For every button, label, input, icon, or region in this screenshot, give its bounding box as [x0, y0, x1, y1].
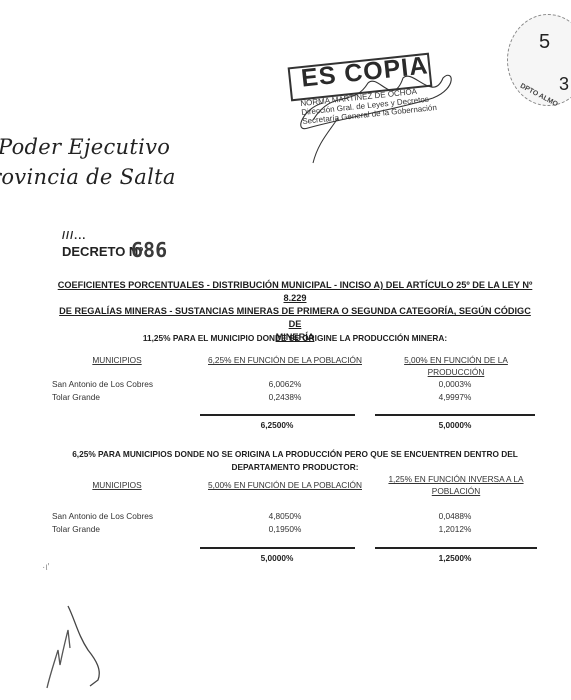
section-1-row-2-municipio: Tolar Grande — [52, 392, 100, 402]
seal-secondary-number: 3 — [559, 74, 569, 95]
section-2-col-poblacion: 5,00% EN FUNCIÓN DE LA POBLACIÓN — [200, 479, 370, 491]
section-1-col-municipios: MUNICIPIOS — [72, 354, 162, 366]
section-1-rule-2 — [375, 414, 535, 416]
section-2-heading-line-1: 6,25% PARA MUNICIPIOS DONDE NO SE ORIGIN… — [55, 448, 535, 461]
section-2-col-inversa-line-1: 1,25% EN FUNCIÓN INVERSA A LA — [376, 473, 536, 485]
section-2-rule-1 — [200, 547, 355, 549]
stamp-signature-icon — [283, 48, 463, 168]
section-1-row-1-col1: 6,0062% — [205, 379, 365, 389]
title-line-1: COEFICIENTES PORCENTUALES - DISTRIBUCIÓN… — [55, 279, 535, 305]
section-2-heading: 6,25% PARA MUNICIPIOS DONDE NO SE ORIGIN… — [55, 448, 535, 474]
section-2-row-1-municipio: San Antonio de Los Cobres — [52, 511, 153, 521]
section-2-rule-2 — [375, 547, 537, 549]
section-2-col-inversa: 1,25% EN FUNCIÓN INVERSA A LA POBLACIÓN — [376, 473, 536, 497]
section-2-row-1-col2: 0,0488% — [375, 511, 535, 521]
section-1-total-col2: 5,0000% — [375, 420, 535, 430]
decree-number: 686 — [131, 238, 167, 262]
section-1-total-col1: 6,2500% — [197, 420, 357, 430]
section-1-heading: 11,25% PARA EL MUNICIPIO DONDE SE ORIGIN… — [55, 332, 535, 345]
section-1-row-1-municipio: San Antonio de Los Cobres — [52, 379, 153, 389]
letterhead-line-2: rovincia de Salta — [0, 162, 176, 192]
section-2-col-inversa-line-2: POBLACIÓN — [376, 485, 536, 497]
section-1-row-2-col2: 4,9997% — [375, 392, 535, 402]
section-1-col-produccion: 5,00% EN FUNCIÓN DE LA PRODUCCIÓN — [376, 354, 536, 378]
letterhead: Poder Ejecutivo rovincia de Salta — [0, 132, 176, 192]
signature-icon — [30, 590, 130, 700]
section-2-col-municipios: MUNICIPIOS — [72, 479, 162, 491]
margin-mark: ·ι' — [42, 562, 49, 573]
page-seal: 5 3 DPTO ALMO — [503, 6, 571, 106]
section-2-total-col1: 5,0000% — [197, 553, 357, 563]
continuation-mark: ///... — [62, 230, 86, 242]
section-2-row-1-col1: 4,8050% — [205, 511, 365, 521]
title-line-2: DE REGALÍAS MINERAS - SUSTANCIAS MINERAS… — [55, 305, 535, 331]
section-1-row-1-col2: 0,0003% — [375, 379, 535, 389]
section-2-row-2-municipio: Tolar Grande — [52, 524, 100, 534]
section-2-row-2-col1: 0,1950% — [205, 524, 365, 534]
page-number: 5 — [539, 31, 550, 54]
letterhead-line-1: Poder Ejecutivo — [0, 132, 176, 162]
section-2-total-col2: 1,2500% — [375, 553, 535, 563]
section-1-rule-1 — [200, 414, 355, 416]
section-2-row-2-col2: 1,2012% — [375, 524, 535, 534]
section-1-row-2-col1: 0,2438% — [205, 392, 365, 402]
section-1-col-poblacion: 6,25% EN FUNCIÓN DE LA POBLACIÓN — [200, 354, 370, 366]
copy-stamp: ES COPIA NORMA MARTINEZ DE OCHOA Direcci… — [283, 48, 463, 168]
